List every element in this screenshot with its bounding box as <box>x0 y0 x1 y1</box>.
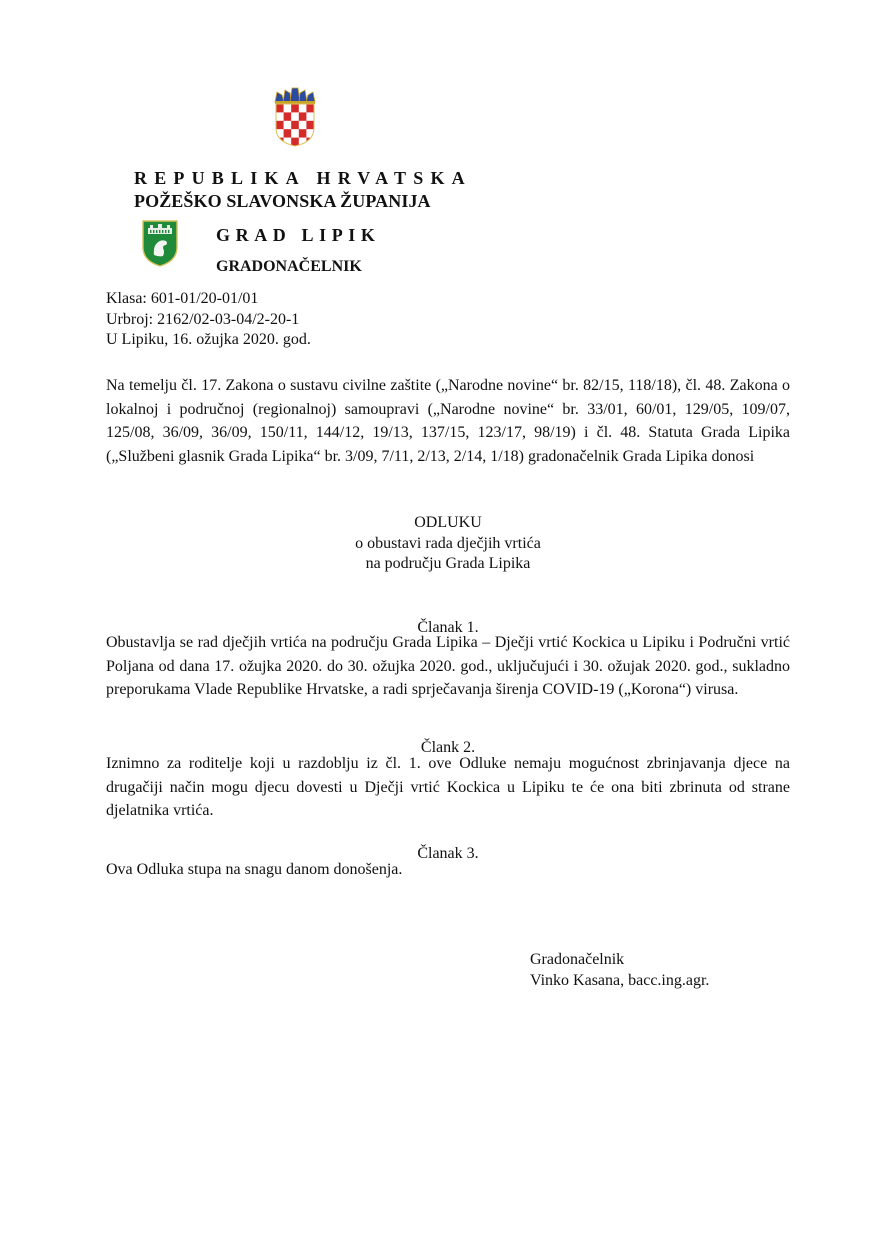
county-heading: POŽEŠKO SLAVONSKA ŽUPANIJA <box>134 191 431 212</box>
signature-role: Gradonačelnik <box>530 949 709 970</box>
city-heading: GRAD LIPIK <box>216 225 381 246</box>
decision-subtitle-1: o obustavi rada dječjih vrtića <box>106 534 790 555</box>
decision-subtitle-2: na području Grada Lipika <box>106 554 790 575</box>
croatian-coat-of-arms-icon <box>271 86 319 148</box>
article-3-text: Ova Odluka stupa na snagu danom donošenj… <box>106 858 790 882</box>
signature-name: Vinko Kasana, bacc.ing.agr. <box>530 970 709 991</box>
decision-title: ODLUKU <box>106 513 790 534</box>
republic-heading: REPUBLIKA HRVATSKA <box>134 168 472 189</box>
place-date: U Lipiku, 16. ožujka 2020. god. <box>106 330 311 351</box>
decision-title-block: ODLUKU o obustavi rada dječjih vrtića na… <box>106 513 790 575</box>
klasa: Klasa: 601-01/20-01/01 <box>106 289 311 310</box>
article-1-text: Obustavlja se rad dječjih vrtića na podr… <box>106 631 790 702</box>
signature-block: Gradonačelnik Vinko Kasana, bacc.ing.agr… <box>530 949 709 991</box>
office-heading: GRADONAČELNIK <box>216 258 362 276</box>
lipik-city-crest-icon <box>141 219 179 267</box>
document-meta: Klasa: 601-01/20-01/01 Urbroj: 2162/02-0… <box>106 289 311 351</box>
intro-paragraph: Na temelju čl. 17. Zakona o sustavu civi… <box>106 374 790 468</box>
urbroj: Urbroj: 2162/02-03-04/2-20-1 <box>106 310 311 331</box>
article-2-text: Iznimno za roditelje koji u razdoblju iz… <box>106 752 790 823</box>
